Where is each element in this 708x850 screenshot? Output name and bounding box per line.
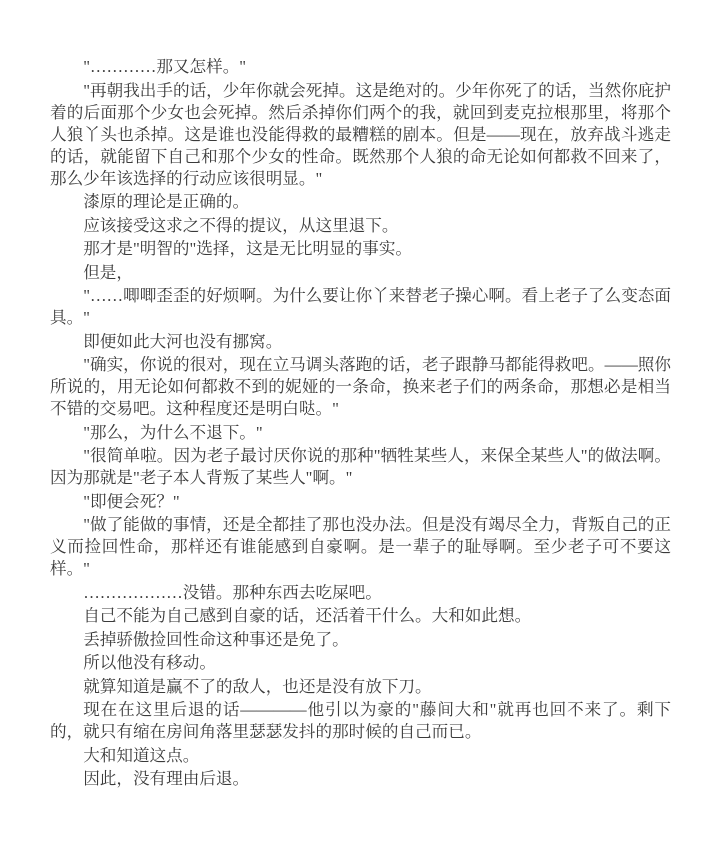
paragraph: 所以他没有移动。 (50, 652, 671, 674)
paragraph: 那才是"明智的"选择，这是无比明显的事实。 (50, 238, 671, 260)
paragraph: 漆原的理论是正确的。 (50, 191, 671, 213)
paragraph: 应该接受这求之不得的提议，从这里退下。 (50, 215, 671, 237)
paragraph: "很简单啦。因为老子最讨厌你说的那种"牺牲某些人，来保全某些人"的做法啊。因为那… (50, 445, 671, 489)
paragraph: "那么，为什么不退下。" (50, 422, 671, 444)
paragraph: "…………那又怎样。" (50, 56, 671, 78)
paragraph: "……唧唧歪歪的好烦啊。为什么要让你丫来替老子操心啊。看上老子了么变态面具。" (50, 285, 671, 329)
paragraph: 就算知道是赢不了的敌人，也还是没有放下刀。 (50, 676, 671, 698)
paragraph: 即便如此大河也没有挪窝。 (50, 331, 671, 353)
paragraph: 因此，没有理由后退。 (50, 768, 671, 790)
paragraph-container: "…………那又怎样。""再朝我出手的话，少年你就会死掉。这是绝对的。少年你死了的… (50, 56, 671, 790)
paragraph: 现在在这里后退的话————他引以为豪的"藤间大和"就再也回不来了。剩下的，就只有… (50, 699, 671, 743)
paragraph: 大和知道这点。 (50, 745, 671, 767)
document-page: "…………那又怎样。""再朝我出手的话，少年你就会死掉。这是绝对的。少年你死了的… (0, 0, 708, 850)
paragraph: "即便会死？" (50, 491, 671, 513)
paragraph: "做了能做的事情，还是全都挂了那也没办法。但是没有竭尽全力，背叛自己的正义而捡回… (50, 514, 671, 580)
paragraph: 但是， (50, 262, 671, 284)
paragraph: 丢掉骄傲捡回性命这种事还是免了。 (50, 629, 671, 651)
paragraph: "确实，你说的很对，现在立马调头落跑的话，老子跟静马都能得救吧。——照你所说的，… (50, 354, 671, 420)
paragraph: 自己不能为自己感到自豪的话，还活着干什么。大和如此想。 (50, 605, 671, 627)
paragraph: "再朝我出手的话，少年你就会死掉。这是绝对的。少年你死了的话，当然你庇护着的后面… (50, 80, 671, 190)
paragraph: ………………没错。那种东西去吃屎吧。 (50, 582, 671, 604)
